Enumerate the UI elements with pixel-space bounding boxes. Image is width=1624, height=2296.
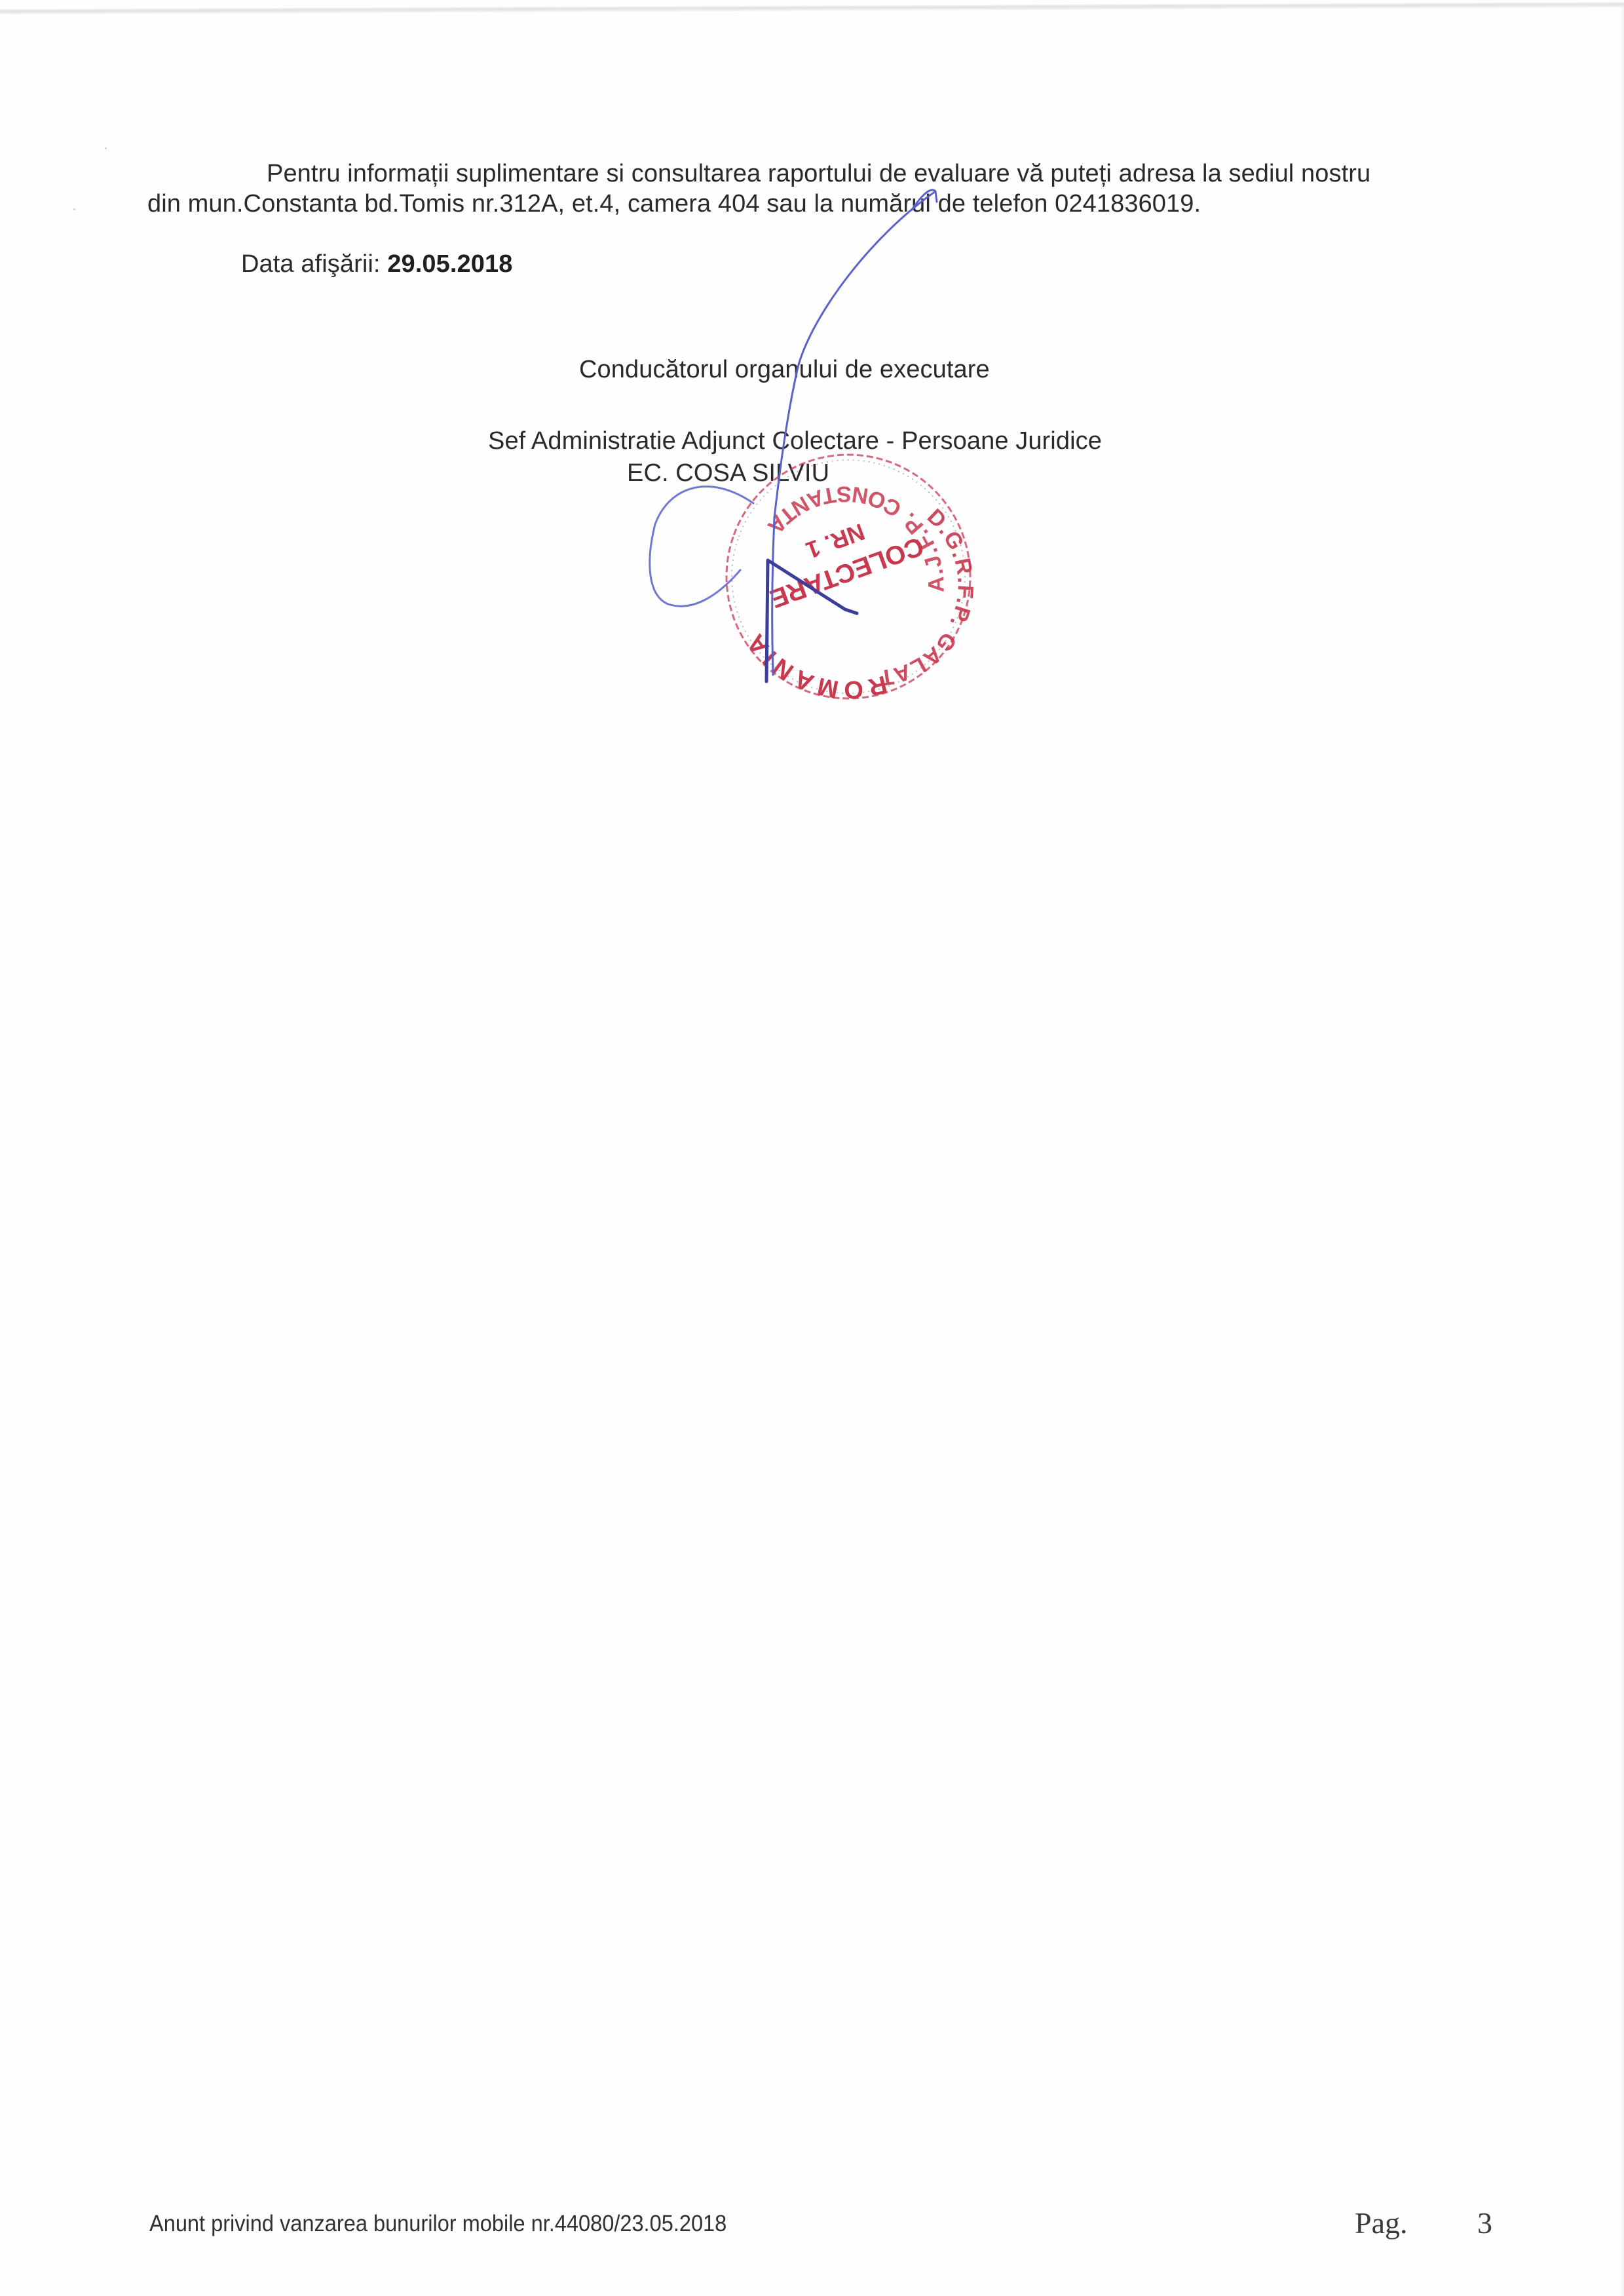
- footer-document-reference: Anunt privind vanzarea bunurilor mobile …: [149, 2211, 727, 2237]
- stamp-number-text: NR. 1: [803, 518, 869, 564]
- info-paragraph-line-2: din mun.Constanta bd.Tomis nr.312A, et.4…: [147, 191, 1201, 216]
- footer-page-number: 3: [1477, 2206, 1492, 2240]
- stamp-arc-text-2: D.G.R.F.P. GALATI: [692, 501, 1624, 1428]
- scan-speck: [73, 208, 75, 210]
- scan-right-edge: [1620, 7, 1624, 2296]
- signature-title: Conducătorul organului de executare: [579, 357, 990, 382]
- official-stamp: ROMANIA A.J.F.P. CONSTANTA D.G.R.F.P. GA…: [530, 421, 1624, 1428]
- info-paragraph-line-1: Pentru informații suplimentare si consul…: [267, 161, 1370, 186]
- scan-top-edge: [0, 2, 1624, 14]
- stamp-and-signature-layer: ROMANIA A.J.F.P. CONSTANTA D.G.R.F.P. GA…: [0, 0, 1624, 2296]
- signatory-name: EC. COSA SILVIU: [627, 461, 829, 486]
- footer-page-label: Pag.: [1355, 2206, 1408, 2240]
- scan-speck: [105, 147, 107, 149]
- document-page: Pentru informații suplimentare si consul…: [0, 0, 1624, 2296]
- stamp-outer-text: ROMANIA: [730, 621, 897, 723]
- display-date-label: Data afişării:: [241, 250, 381, 278]
- signature-role: Sef Administratie Adjunct Colectare - Pe…: [488, 429, 1102, 453]
- display-date-value: 29.05.2018: [387, 250, 512, 278]
- display-date: Data afişării: 29.05.2018: [241, 252, 512, 277]
- stamp-center-text: COLECTARE: [766, 531, 928, 613]
- footer-page-indicator: Pag. 3: [1355, 2206, 1408, 2240]
